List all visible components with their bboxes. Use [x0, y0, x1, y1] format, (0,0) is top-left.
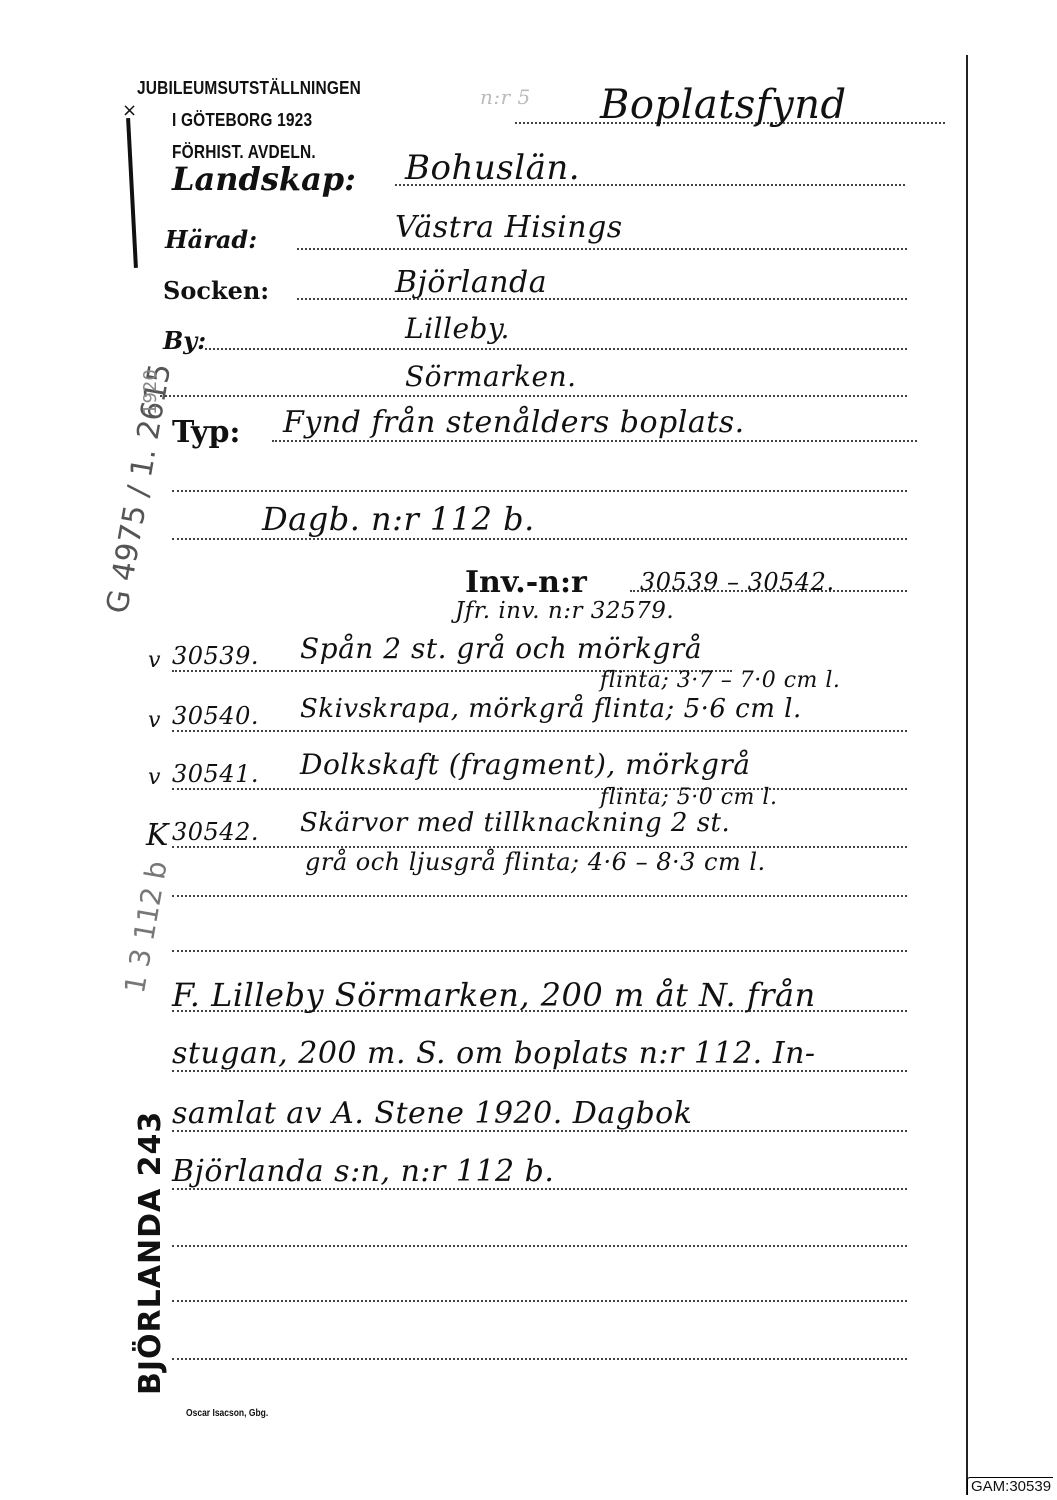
socken-value: Björlanda [395, 265, 547, 300]
dagbok-reference: Dagb. n:r 112 b. [262, 500, 535, 538]
printer-imprint: Oscar Isacson, Gbg. [186, 1408, 268, 1419]
typ-label: Typ: [172, 415, 241, 450]
by-dotted-line [205, 348, 907, 350]
exhibition-stamp-line2: I GÖTEBORG 1923 [172, 110, 312, 131]
faded-note: n:r 5 [480, 85, 531, 109]
category-value: Boplatsfynd [600, 82, 847, 128]
margin-lower-note: 1 3 112 b [118, 858, 174, 995]
inventory-range: 30539 – 30542. [640, 568, 835, 596]
landskap-label: Landskap: [172, 160, 356, 198]
parish-number: 243 [133, 1111, 168, 1177]
catalog-id-tag: GAM:30539 [967, 1477, 1053, 1495]
item-description-line1: Spån 2 st. grå och mörkgrå [300, 632, 702, 665]
item-check-mark: v [148, 765, 160, 790]
harad-dotted-line [297, 248, 907, 250]
item-description-line1: Skivskrapa, mörkgrå flinta; 5·6 cm l. [300, 694, 802, 724]
harad-value: Västra Hisings [395, 210, 623, 245]
item-description-line2: flinta; 5·0 cm l. [600, 785, 777, 810]
by-extra-dotted-line [160, 395, 907, 397]
notes-line: stugan, 200 m. S. om boplats n:r 112. In… [172, 1036, 816, 1071]
by-value: Lilleby. [405, 312, 510, 345]
landskap-value: Bohuslän. [405, 148, 580, 188]
by-extra-value: Sörmarken. [405, 360, 577, 393]
parish-name: BJÖRLANDA [133, 1188, 168, 1395]
socken-label: Socken: [163, 276, 269, 305]
item-number: 30539. [172, 642, 259, 670]
item-dotted-line [172, 730, 907, 732]
socken-dotted-line [297, 298, 907, 300]
typ-dotted-line [272, 440, 917, 442]
blank-dotted-line-5 [172, 1300, 907, 1302]
exhibition-stamp-line1: JUBILEUMSUTSTÄLLNINGEN [137, 78, 361, 99]
blank-dotted-line-4 [172, 1245, 907, 1247]
blank-dotted-line-1 [172, 490, 907, 492]
item-number: 30541. [172, 760, 259, 788]
blank-dotted-line-3 [172, 950, 907, 952]
inventory-cross-reference: Jfr. inv. n:r 32579. [455, 598, 674, 624]
inventory-label: Inv.-n:r [465, 565, 587, 600]
item-number: 30540. [172, 702, 259, 730]
item-check-mark: v [148, 648, 160, 673]
item-description-line2: flinta; 3·7 – 7·0 cm l. [600, 668, 840, 693]
margin-vertical-stroke [126, 118, 138, 268]
notes-line: Björlanda s:n, n:r 112 b. [172, 1154, 554, 1189]
item-description-line1: Skärvor med tillknackning 2 st. [300, 808, 730, 838]
typ-value: Fynd från stenålders boplats. [283, 405, 745, 440]
by-label: By: [163, 326, 206, 355]
item-dotted-line [172, 788, 907, 790]
item-check-mark: K [146, 818, 168, 853]
harad-label: Härad: [165, 225, 257, 254]
margin-small-note: 1920 [140, 369, 161, 415]
parish-side-stamp: BJÖRLANDA 243 [133, 1111, 168, 1395]
item-description-line2: grå och ljusgrå flinta; 4·6 – 8·3 cm l. [305, 848, 766, 876]
item-description-line1: Dolkskaft (fragment), mörkgrå [300, 748, 750, 781]
blank-dotted-line-6 [172, 1358, 907, 1360]
blank-dotted-line-2 [172, 895, 907, 897]
item-check-mark: v [148, 708, 160, 733]
dagbok-dotted-line [172, 538, 907, 540]
card-right-border [966, 55, 968, 1495]
item-number: 30542. [172, 818, 259, 846]
notes-line: F. Lilleby Sörmarken, 200 m åt N. från [172, 976, 816, 1014]
notes-line: samlat av A. Stene 1920. Dagbok [172, 1096, 692, 1131]
